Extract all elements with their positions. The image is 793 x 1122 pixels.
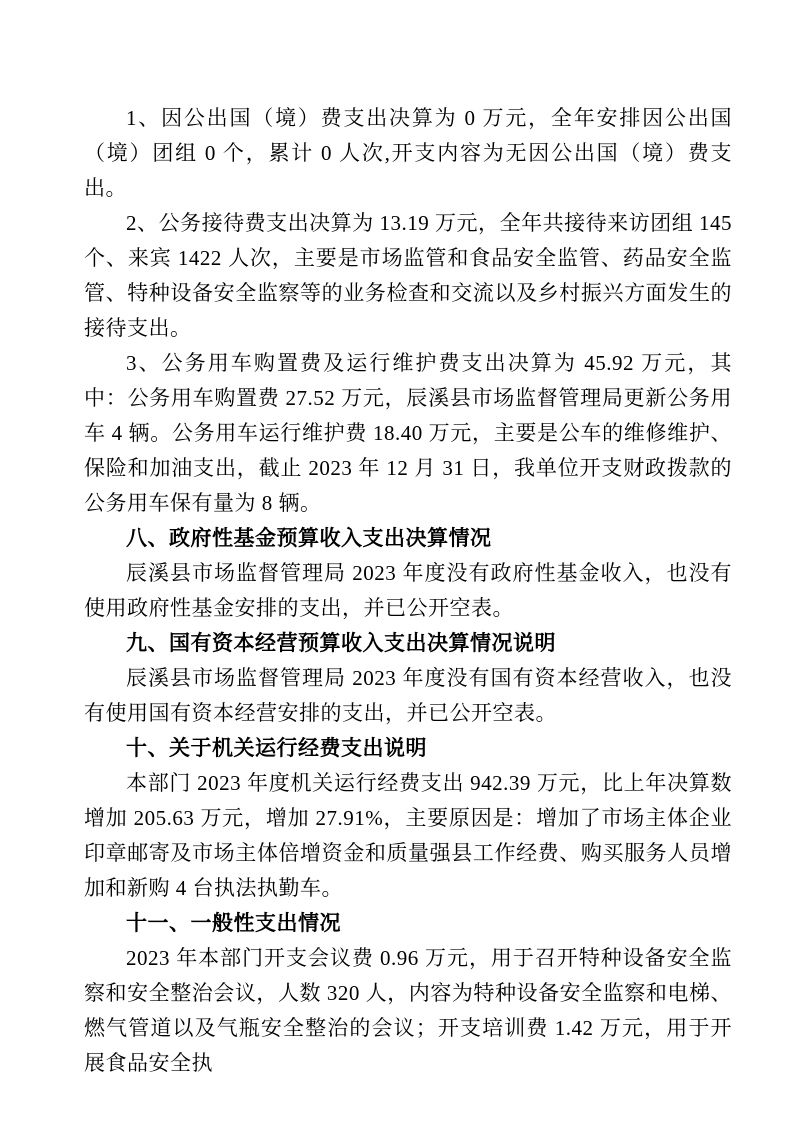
body-paragraph: 1、因公出国（境）费支出决算为 0 万元，全年安排因公出国（境）团组 0 个，累… <box>84 101 732 206</box>
body-paragraph: 2023 年本部门开支会议费 0.96 万元，用于召开特种设备安全监察和安全整治… <box>84 941 732 1081</box>
body-paragraph: 辰溪县市场监督管理局 2023 年度没有政府性基金收入，也没有使用政府性基金安排… <box>84 556 732 626</box>
section-heading: 八、政府性基金预算收入支出决算情况 <box>84 521 732 556</box>
section-heading: 十一、一般性支出情况 <box>84 906 732 941</box>
body-paragraph: 3、公务用车购置费及运行维护费支出决算为 45.92 万元，其中：公务用车购置费… <box>84 346 732 521</box>
section-heading: 十、关于机关运行经费支出说明 <box>84 731 732 766</box>
body-paragraph: 辰溪县市场监督管理局 2023 年度没有国有资本经营收入，也没有使用国有资本经营… <box>84 661 732 731</box>
section-heading: 九、国有资本经营预算收入支出决算情况说明 <box>84 626 732 661</box>
body-paragraph: 2、公务接待费支出决算为 13.19 万元，全年共接待来访团组 145 个、来宾… <box>84 206 732 346</box>
body-paragraph: 本部门 2023 年度机关运行经费支出 942.39 万元，比上年决算数增加 2… <box>84 766 732 906</box>
document-content: 1、因公出国（境）费支出决算为 0 万元，全年安排因公出国（境）团组 0 个，累… <box>84 101 732 1081</box>
document-page: 1、因公出国（境）费支出决算为 0 万元，全年安排因公出国（境）团组 0 个，累… <box>0 0 793 1122</box>
